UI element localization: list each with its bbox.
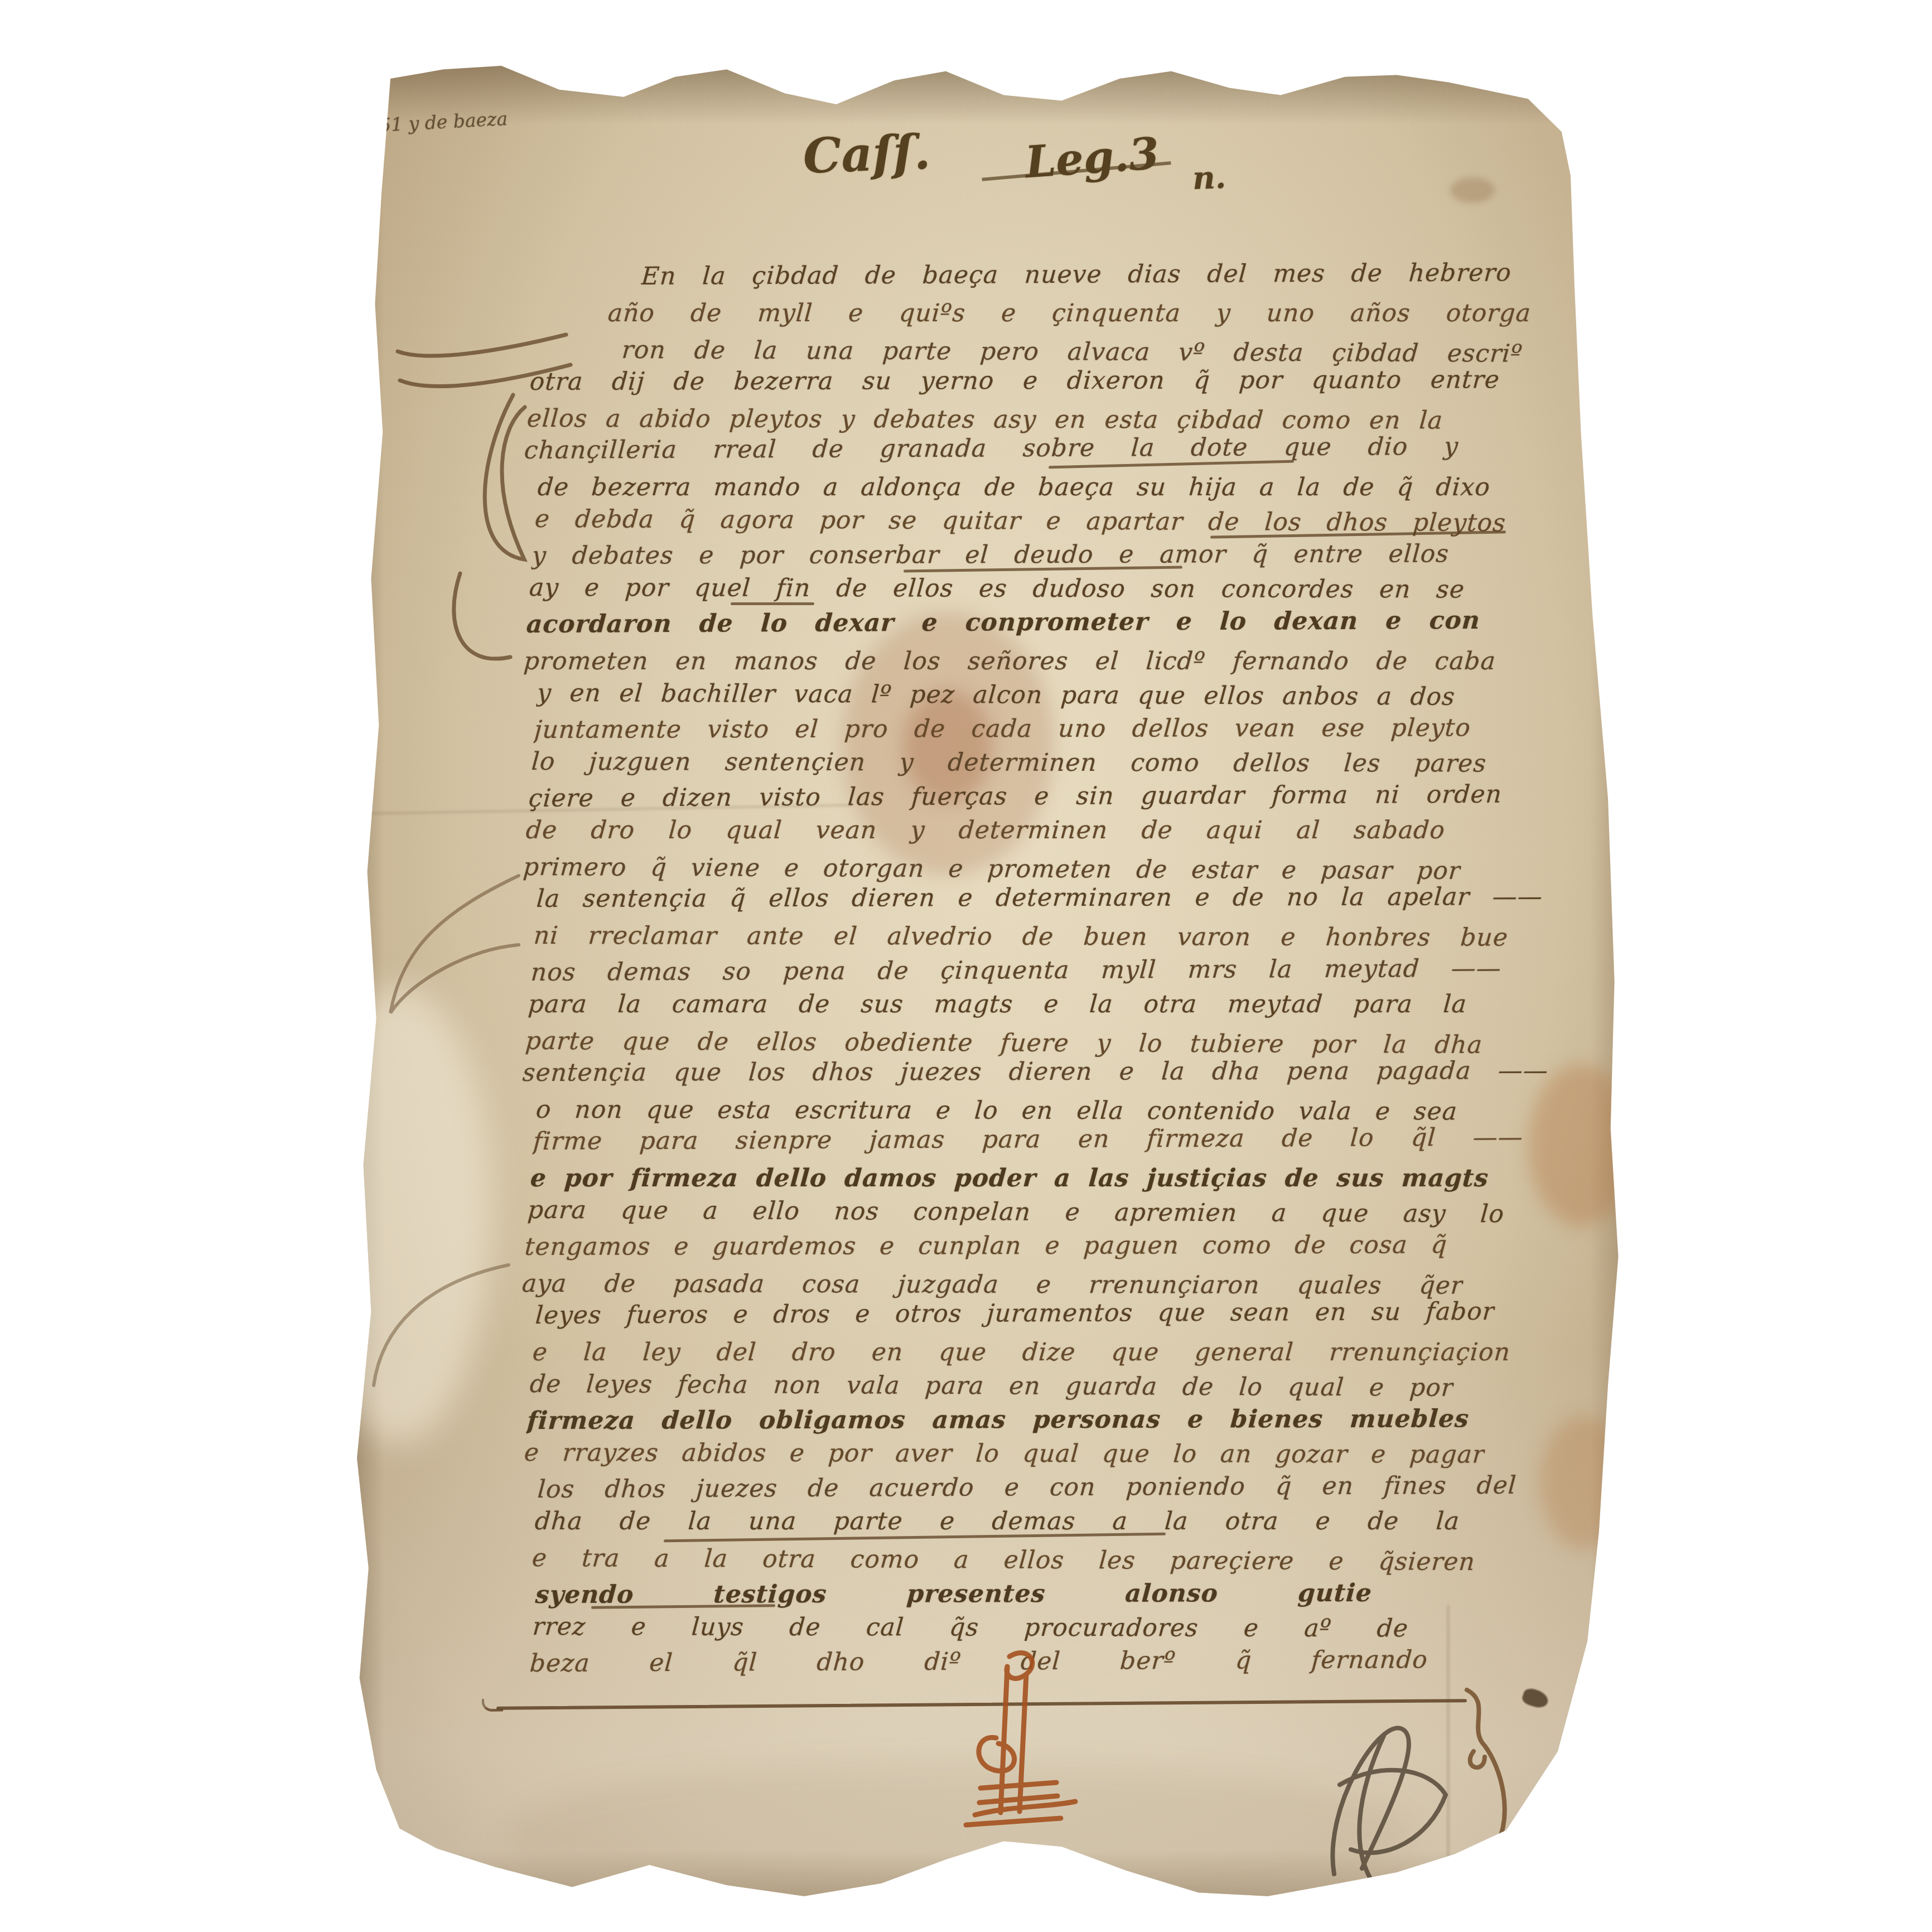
manuscript-line: y debates e por conserbar el deudo e amo… bbox=[531, 538, 1450, 573]
manuscript-line: para que a ello nos conpelan e apremien … bbox=[527, 1194, 1505, 1231]
edge-stain bbox=[1528, 1064, 1634, 1226]
manuscript-line: tengamos e guardemos e cunplan e paguen … bbox=[524, 1229, 1448, 1264]
manuscript-line: firme para sienpre jamas para en firmeza… bbox=[532, 1121, 1524, 1158]
signature-flourish-icon bbox=[1300, 1678, 1534, 1901]
ink-underline bbox=[731, 602, 814, 605]
manuscript-line: acordaron de lo dexar e conprometer e lo… bbox=[525, 604, 1481, 641]
archive-case-mark: Caſſ. bbox=[802, 124, 931, 185]
manuscript-line: leyes fueros e dros e otros juramentos q… bbox=[534, 1295, 1496, 1332]
manuscript-line: En la çibdad de baeça nueve dias del mes… bbox=[640, 256, 1513, 293]
manuscript-line: otra dij de bezerra su yerno e dixeron q… bbox=[529, 363, 1501, 399]
manuscript-line: de leyes fecha non vala para en guarda d… bbox=[529, 1368, 1455, 1405]
manuscript-line: e por firmeza dello damos poder a las ju… bbox=[529, 1162, 1490, 1195]
manuscript-line: de bezerra mando a aldonça de baeça su h… bbox=[537, 471, 1491, 504]
photo-canvas: 1551 y de baeza Caſſ. Leg.3 n. En la çib… bbox=[0, 0, 1932, 1932]
manuscript-line: de dro lo qual vean y determinen de aqui… bbox=[525, 814, 1446, 847]
manuscript-line: dha de la una parte e demas a la otra e … bbox=[534, 1505, 1461, 1538]
manuscript-line: ni rreclamar ante el alvedrio de buen va… bbox=[533, 919, 1509, 955]
manuscript-line: chançilleria rreal de granada sobre la d… bbox=[523, 430, 1460, 467]
manuscript-page: 1551 y de baeza Caſſ. Leg.3 n. En la çib… bbox=[340, 66, 1629, 1898]
manuscript-line: la sentençia q̃ ellos dieren e determina… bbox=[535, 880, 1544, 916]
archive-number-mark: n. bbox=[1192, 159, 1226, 197]
manuscript-line: año de myll e quiºs e çinquenta y uno añ… bbox=[607, 297, 1532, 330]
manuscript-line: çiere e dizen visto las fuerças e sin gu… bbox=[528, 778, 1503, 815]
notary-rubric-icon bbox=[943, 1644, 1082, 1839]
edge-stain bbox=[1539, 1416, 1629, 1549]
manuscript-line: para la camara de sus magts e la otra me… bbox=[527, 988, 1468, 1021]
manuscript-line: firmeza dello obligamos amas personas e … bbox=[526, 1402, 1470, 1438]
manuscript-line: prometen en manos de los señores el licd… bbox=[523, 645, 1497, 678]
margin-note: 1551 y de baeza bbox=[355, 108, 508, 137]
manuscript-line: nos demas so pena de çinquenta myll mrs … bbox=[530, 952, 1503, 989]
margin-swash-icon bbox=[363, 1248, 524, 1399]
manuscript-line: rrez e luys de cal q̃s procuradores e aº… bbox=[532, 1610, 1409, 1645]
manuscript-line: e la ley del dro en que dize que general… bbox=[532, 1336, 1511, 1369]
speck-stain bbox=[1450, 177, 1495, 203]
manuscript-line: ay e por quel fin de ellos es dudoso son… bbox=[528, 571, 1466, 607]
manuscript-line: e rrayzes abidos e por aver lo qual que … bbox=[523, 1436, 1486, 1472]
manuscript-line: y en el bachiller vaca lº pez alcon para… bbox=[536, 677, 1456, 714]
manuscript-line: sentençia que los dhos juezes dieren e l… bbox=[521, 1054, 1549, 1090]
manuscript-line: juntamente visto el pro de cada uno dell… bbox=[533, 711, 1472, 747]
margin-swash-icon bbox=[379, 863, 530, 1036]
manuscript-line: e tra a la otra como a ellos les pareçie… bbox=[531, 1542, 1476, 1579]
manuscript-line: los dhos juezes de acuerdo e con poniend… bbox=[537, 1469, 1518, 1506]
manuscript-line: lo juzguen sentençien y determinen como … bbox=[530, 745, 1487, 781]
archive-legajo-mark: Leg.3 bbox=[1023, 128, 1161, 189]
